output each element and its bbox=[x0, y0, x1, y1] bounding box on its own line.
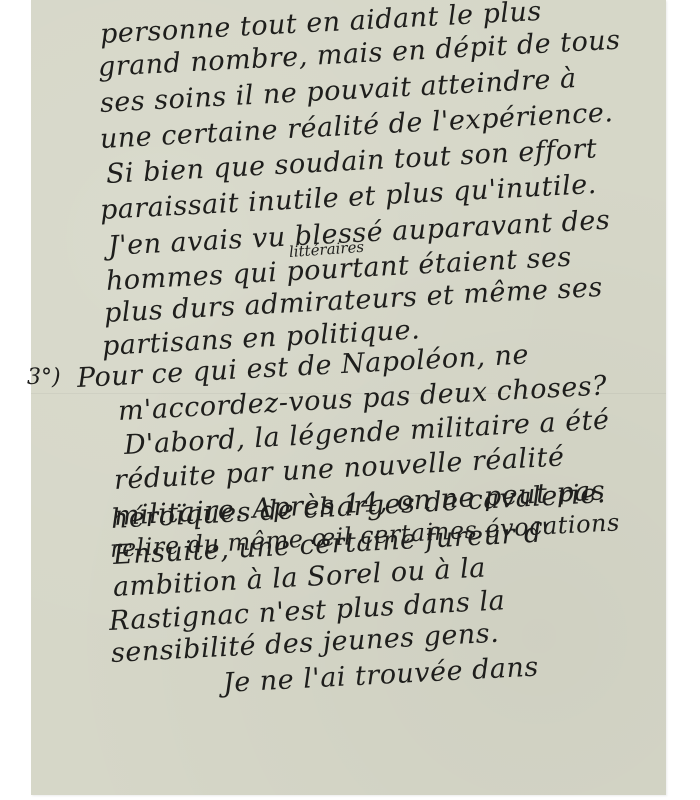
letter-page: littéraires 3°) personne tout en aidant … bbox=[31, 0, 666, 795]
margin-note-point-3: 3°) bbox=[27, 365, 61, 390]
